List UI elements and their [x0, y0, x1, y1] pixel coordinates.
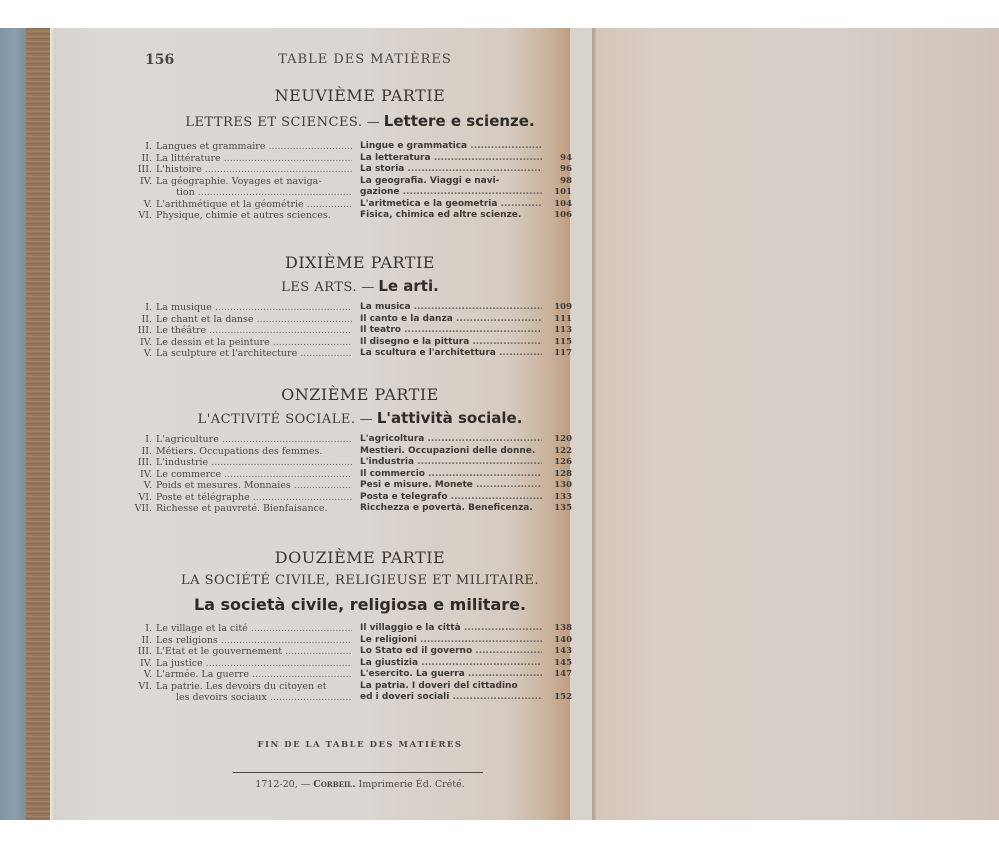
- entry-fr: Le village et la cité: [156, 623, 352, 635]
- toc-row: V.Poids et mesures. MonnaiesPesi e misur…: [128, 480, 580, 492]
- part-title: NEUVIÈME PARTIE: [140, 86, 580, 105]
- toc-row: VI.Poste et télégraphePosta e telegrafo1…: [128, 492, 580, 504]
- toc-row: III.Le théâtreIl teatro113: [128, 325, 580, 337]
- entry-page: 101: [542, 187, 572, 199]
- toc-row: IV.Le dessin et la peintureIl disegno e …: [128, 337, 580, 349]
- entry-it: Le religioni: [360, 635, 542, 647]
- running-head: 156 TABLE DES MATIÈRES: [145, 52, 585, 72]
- entry-fr: Physique, chimie et autres sciences.: [156, 210, 352, 222]
- entry-it: La storia: [360, 164, 542, 176]
- entry-it: Il canto e la danza: [360, 314, 542, 326]
- footer-rule: [233, 772, 483, 773]
- entry-it: La scultura e l'architettura: [360, 348, 542, 360]
- entry-page: 122: [542, 446, 572, 458]
- entry-it: La geografia. Viaggi e navi-: [360, 176, 542, 188]
- entry-page: 111: [542, 314, 572, 326]
- entry-page: 143: [542, 646, 572, 658]
- subtitle-dash: —: [361, 280, 374, 295]
- entry-page: 126: [542, 457, 572, 469]
- toc-row: V.La sculpture et l'architectureLa scult…: [128, 348, 580, 360]
- imprint-city: Corbeil.: [313, 779, 355, 790]
- part-subtitle: L'ACTIVITÉ SOCIALE. — L'attività sociale…: [140, 409, 580, 427]
- entry-it: La patria. I doveri del cittadino: [360, 681, 542, 693]
- entry-it: Il teatro: [360, 325, 542, 337]
- toc-row: les devoirs sociauxed i doveri sociali15…: [128, 692, 580, 704]
- entry-fr: La sculpture et l'architecture: [156, 348, 352, 360]
- entry-fr: Richesse et pauvreté. Bienfaisance.: [156, 503, 352, 515]
- entry-num: II.: [128, 314, 156, 326]
- subtitle-it: L'attività sociale.: [377, 409, 523, 427]
- end-of-toc: FIN DE LA TABLE DES MATIÈRES: [140, 740, 580, 750]
- toc-row: II.Les religionsLe religioni140: [128, 635, 580, 647]
- subtitle-fr: LA SOCIÉTÉ CIVILE, RELIGIEUSE ET MILITAI…: [181, 573, 539, 588]
- entry-num: III.: [128, 646, 156, 658]
- entry-it: Fisica, chimica ed altre scienze.: [360, 210, 542, 222]
- toc-row: IV.La justiceLa giustizia145: [128, 658, 580, 670]
- toc-row: II.La littératureLa letteratura94: [128, 153, 580, 165]
- entry-fr: La musique: [156, 302, 352, 314]
- entry-it: Pesi e misure. Monete: [360, 480, 542, 492]
- entry-it: La musica: [360, 302, 542, 314]
- page-number: 156: [145, 52, 174, 68]
- entry-page: 104: [542, 199, 572, 211]
- part-title: DIXIÈME PARTIE: [140, 253, 580, 272]
- toc-row: I.Langues et grammaireLingue e grammatic…: [128, 141, 580, 153]
- subtitle-it: La società civile, religiosa e militare.: [140, 595, 580, 614]
- part-subtitle: LETTRES ET SCIENCES. — Lettere e scienze…: [140, 112, 580, 130]
- toc-row: III.L'État et le gouvernementLo Stato ed…: [128, 646, 580, 658]
- entry-fr: Le dessin et la peinture: [156, 337, 352, 349]
- entry-page: 106: [542, 210, 572, 222]
- toc-row: III.L'histoireLa storia96: [128, 164, 580, 176]
- book-photo: 156 TABLE DES MATIÈRES NEUVIÈME PARTIE L…: [0, 28, 999, 820]
- entry-page: 145: [542, 658, 572, 670]
- toc-row: II.Métiers. Occupations des femmes.Mesti…: [128, 446, 580, 458]
- toc-row: I.L'agricultureL'agricoltura120: [128, 434, 580, 446]
- toc-row: tiongazione101: [128, 187, 580, 199]
- entry-page: 113: [542, 325, 572, 337]
- entry-fr: L'agriculture: [156, 434, 352, 446]
- subtitle-it: Lettere e scienze.: [384, 112, 535, 130]
- entry-page: 96: [542, 164, 572, 176]
- entry-num: IV.: [128, 337, 156, 349]
- entry-page: 133: [542, 492, 572, 504]
- entry-num: I.: [128, 302, 156, 314]
- entry-num: VII.: [128, 503, 156, 515]
- entry-num: IV.: [128, 658, 156, 670]
- entry-num: V.: [128, 480, 156, 492]
- entry-it: Il disegno e la pittura: [360, 337, 542, 349]
- entry-num: I.: [128, 141, 156, 153]
- entry-num: VI.: [128, 210, 156, 222]
- imprint-printer: Imprimerie Éd. Crété.: [359, 779, 465, 790]
- entry-num: IV.: [128, 469, 156, 481]
- part-title: DOUZIÈME PARTIE: [140, 548, 580, 567]
- toc-row: VII.Richesse et pauvreté. Bienfaisance.R…: [128, 503, 580, 515]
- entry-it: Lo Stato ed il governo: [360, 646, 542, 658]
- entry-it: La giustizia: [360, 658, 542, 670]
- toc-list: I.Le village et la citéIl villaggio e la…: [128, 623, 580, 704]
- entry-fr: La justice: [156, 658, 352, 670]
- entry-page: 115: [542, 337, 572, 349]
- entry-it: gazione: [360, 187, 542, 199]
- entry-page: 130: [542, 480, 572, 492]
- entry-page: 117: [542, 348, 572, 360]
- entry-it: L'aritmetica e la geometria: [360, 199, 542, 211]
- entry-fr: Langues et grammaire: [156, 141, 352, 153]
- entry-page: 138: [542, 623, 572, 635]
- entry-fr: L'industrie: [156, 457, 352, 469]
- subtitle-fr: L'ACTIVITÉ SOCIALE.: [198, 412, 356, 427]
- running-title: TABLE DES MATIÈRES: [195, 52, 535, 67]
- entry-num: I.: [128, 623, 156, 635]
- entry-fr: Poids et mesures. Monnaies: [156, 480, 352, 492]
- entry-it: Mestieri. Occupazioni delle donne.: [360, 446, 542, 458]
- entry-fr: La patrie. Les devoirs du citoyen et: [156, 681, 352, 693]
- entry-it: L'industria: [360, 457, 542, 469]
- entry-fr: Poste et télégraphe: [156, 492, 352, 504]
- entry-fr: L'arithmétique et la géométrie: [156, 199, 352, 211]
- entry-num: V.: [128, 669, 156, 681]
- toc-content: 156 TABLE DES MATIÈRES NEUVIÈME PARTIE L…: [0, 28, 999, 820]
- entry-num: I.: [128, 434, 156, 446]
- toc-row: V.L'armée. La guerreL'esercito. La guerr…: [128, 669, 580, 681]
- entry-fr: Le théâtre: [156, 325, 352, 337]
- entry-fr: La géographie. Voyages et naviga-: [156, 176, 352, 188]
- entry-fr: tion: [156, 187, 352, 199]
- part-subtitle-fr: LA SOCIÉTÉ CIVILE, RELIGIEUSE ET MILITAI…: [140, 573, 580, 588]
- entry-page: 120: [542, 434, 572, 446]
- toc-row: IV.Le commerceIl commercio128: [128, 469, 580, 481]
- subtitle-fr: LES ARTS.: [281, 280, 357, 295]
- entry-num: V.: [128, 199, 156, 211]
- entry-it: L'esercito. La guerra: [360, 669, 542, 681]
- entry-page: 135: [542, 503, 572, 515]
- toc-row: VI.Physique, chimie et autres sciences.F…: [128, 210, 580, 222]
- toc-row: V.L'arithmétique et la géométrieL'aritme…: [128, 199, 580, 211]
- printer-imprint: 1712-20, — Corbeil. Imprimerie Éd. Crété…: [140, 779, 580, 790]
- subtitle-fr: LETTRES ET SCIENCES.: [185, 115, 362, 130]
- toc-list: I.Langues et grammaireLingue e grammatic…: [128, 141, 580, 222]
- entry-page: 140: [542, 635, 572, 647]
- entry-fr: L'armée. La guerre: [156, 669, 352, 681]
- entry-fr: La littérature: [156, 153, 352, 165]
- entry-page: 94: [542, 153, 572, 165]
- entry-fr: les devoirs sociaux: [156, 692, 352, 704]
- entry-num: III.: [128, 325, 156, 337]
- entry-it: L'agricoltura: [360, 434, 542, 446]
- entry-num: II.: [128, 635, 156, 647]
- entry-num: II.: [128, 446, 156, 458]
- entry-page: 98: [542, 176, 572, 188]
- entry-num: III.: [128, 164, 156, 176]
- entry-it: Lingue e grammatica: [360, 141, 542, 153]
- entry-num: VI.: [128, 492, 156, 504]
- entry-page: 128: [542, 469, 572, 481]
- part-subtitle: LES ARTS. — Le arti.: [140, 277, 580, 295]
- entry-it: Posta e telegrafo: [360, 492, 542, 504]
- entry-page: 152: [542, 692, 572, 704]
- toc-row: I.La musiqueLa musica109: [128, 302, 580, 314]
- entry-num: V.: [128, 348, 156, 360]
- entry-it: Il commercio: [360, 469, 542, 481]
- part-title: ONZIÈME PARTIE: [140, 385, 580, 404]
- entry-it: Ricchezza e povertà. Beneficenza.: [360, 503, 542, 515]
- entry-num: II.: [128, 153, 156, 165]
- entry-it: Il villaggio e la città: [360, 623, 542, 635]
- entry-fr: L'histoire: [156, 164, 352, 176]
- entry-fr: Les religions: [156, 635, 352, 647]
- imprint-code: 1712-20, —: [255, 779, 310, 790]
- toc-row: III.L'industrieL'industria126: [128, 457, 580, 469]
- entry-num: IV.: [128, 176, 156, 188]
- toc-list: I.L'agricultureL'agricoltura120 II.Métie…: [128, 434, 580, 515]
- entry-it: ed i doveri sociali: [360, 692, 542, 704]
- entry-it: La letteratura: [360, 153, 542, 165]
- entry-fr: Le chant et la danse: [156, 314, 352, 326]
- entry-fr: Métiers. Occupations des femmes.: [156, 446, 352, 458]
- subtitle-dash: —: [360, 412, 373, 427]
- toc-list: I.La musiqueLa musica109 II.Le chant et …: [128, 302, 580, 360]
- entry-num: III.: [128, 457, 156, 469]
- toc-row: II.Le chant et la danseIl canto e la dan…: [128, 314, 580, 326]
- toc-row: IV.La géographie. Voyages et naviga-La g…: [128, 176, 580, 188]
- toc-row: I.Le village et la citéIl villaggio e la…: [128, 623, 580, 635]
- entry-page: 109: [542, 302, 572, 314]
- toc-row: VI.La patrie. Les devoirs du citoyen etL…: [128, 681, 580, 693]
- entry-fr: Le commerce: [156, 469, 352, 481]
- subtitle-dash: —: [367, 115, 380, 130]
- subtitle-it: Le arti.: [378, 277, 438, 295]
- entry-fr: L'État et le gouvernement: [156, 646, 352, 658]
- entry-page: 147: [542, 669, 572, 681]
- entry-num: VI.: [128, 681, 156, 693]
